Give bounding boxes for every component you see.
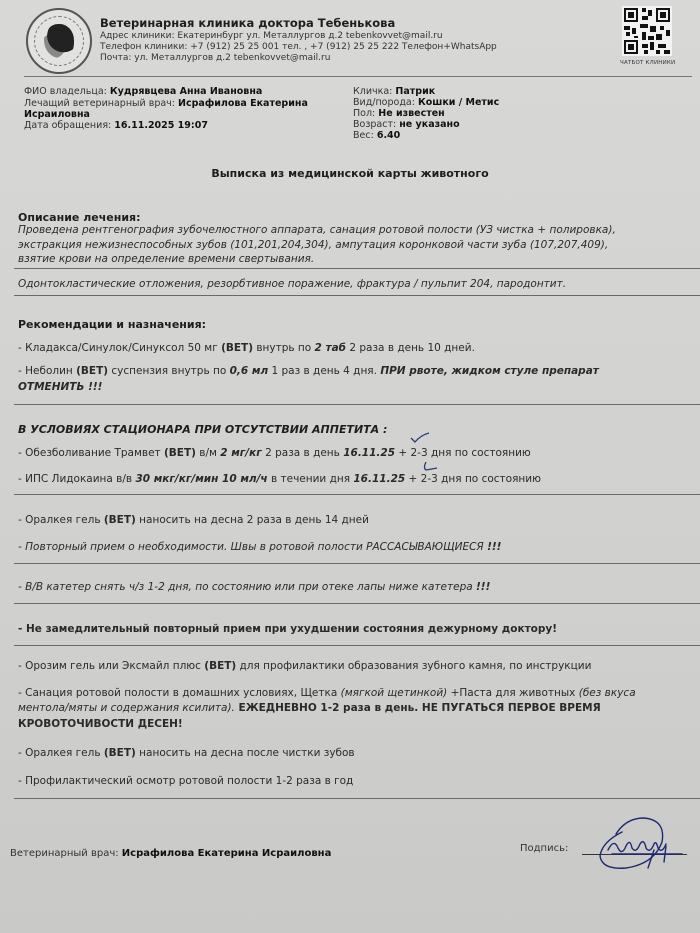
weight-row: Вес: 6.40	[353, 130, 400, 141]
vet-value: Исрафилова Екатерина Исраиловна	[122, 848, 332, 859]
age-value: не указано	[399, 119, 459, 130]
text-fragment: + 2-3 дня по состоянию	[395, 447, 531, 459]
vet-signoff: Ветеринарный врач: Исрафилова Екатерина …	[10, 848, 331, 859]
doctor-value: Исрафилова Екатерина	[178, 98, 308, 109]
text-fragment: 2 раза в день 10 дней.	[346, 342, 475, 354]
treatment-line-2: экстракция нежизнеспособных зубов (101,2…	[18, 238, 690, 253]
owner-label: ФИО владельца:	[24, 86, 107, 97]
text-fragment: ПРИ рвоте, жидком стуле препарат	[380, 365, 599, 377]
text-fragment: 2 мг/кг	[220, 447, 261, 459]
text-fragment: 2 раза в день	[262, 447, 343, 459]
text-fragment: - ИПС Лидокаина в/в	[18, 473, 135, 485]
text-fragment: (ВЕТ)	[104, 514, 136, 526]
qr-label: ЧАТБОТ КЛИНИКИ	[620, 60, 675, 66]
recommendation-1: - Кладакса/Синулок/Синуксол 50 мг (ВЕТ) …	[18, 341, 690, 356]
recommendation-10-cont2: КРОВОТОЧИВОСТИ ДЕСЕН!	[18, 717, 690, 732]
age-label: Возраст:	[353, 119, 396, 130]
handwritten-checkmark-icon	[409, 431, 431, 443]
text-fragment: + 2-3 дня по состоянию	[405, 473, 541, 485]
diagnosis: Одонтокластические отложения, резорбтивн…	[18, 277, 690, 292]
text-fragment: - Неболин	[18, 365, 76, 377]
divider	[14, 798, 700, 799]
text-fragment: 30 мкг/кг/мин 10 мл/ч	[135, 473, 267, 485]
clinic-name: Ветеринарная клиника доктора Тебенькова	[100, 16, 395, 30]
text-fragment: - Оралкея гель	[18, 747, 104, 759]
handwritten-signature-icon	[592, 812, 692, 874]
owner-row: ФИО владельца: Кудрявцева Анна Ивановна	[24, 86, 262, 97]
date-value: 16.11.2025 19:07	[114, 120, 208, 131]
text-fragment: (ВЕТ)	[204, 660, 236, 672]
pet-name-label: Кличка:	[353, 86, 392, 97]
hospital-heading: В УСЛОВИЯХ СТАЦИОНАРА ПРИ ОТСУТСТВИИ АПП…	[18, 423, 387, 436]
text-fragment: ОТМЕНИТЬ !!!	[18, 381, 102, 393]
divider	[14, 494, 700, 495]
recommendations-heading: Рекомендации и назначения:	[18, 318, 206, 331]
doctor-row: Лечащий ветеринарный врач: Исрафилова Ек…	[24, 98, 308, 109]
recommendation-11: - Оралкея гель (ВЕТ) наносить на десна п…	[18, 746, 690, 761]
text-fragment: КРОВОТОЧИВОСТИ ДЕСЕН!	[18, 718, 183, 730]
recommendation-8: - Не замедлительный повторный прием при …	[18, 622, 690, 637]
text-fragment: (ВЕТ)	[221, 342, 253, 354]
recommendation-2-cont: ОТМЕНИТЬ !!!	[18, 380, 690, 395]
text-fragment: - В/В катетер снять ч/з 1-2 дня, по сост…	[18, 581, 476, 593]
divider	[14, 295, 700, 296]
text-fragment: наносить на десна 2 раза в день 14 дней	[136, 514, 369, 526]
sex-row: Пол: Не известен	[353, 108, 445, 119]
vet-label: Ветеринарный врач:	[10, 848, 119, 859]
text-fragment: внутрь по	[253, 342, 315, 354]
divider	[14, 603, 700, 604]
text-fragment: - Орозим гель или Эксмайл плюс	[18, 660, 204, 672]
text-fragment: - Санация ротовой полости в домашних усл…	[18, 687, 341, 699]
recommendation-6: - Повторный прием о необходимости. Швы в…	[18, 540, 690, 555]
document-title: Выписка из медицинской карты животного	[0, 167, 700, 180]
recommendation-5: - Оралкея гель (ВЕТ) наносить на десна 2…	[18, 513, 690, 528]
text-fragment: 2 таб	[315, 342, 346, 354]
divider	[14, 404, 700, 405]
handwritten-checkmark-icon	[422, 460, 440, 472]
date-label: Дата обращения:	[24, 120, 111, 131]
text-fragment: ментола/мяты и содержания ксилита).	[18, 702, 235, 714]
text-fragment: !!!	[487, 541, 501, 553]
text-fragment: для профилактики образования зубного кам…	[236, 660, 591, 672]
text-fragment: !!!	[476, 581, 490, 593]
sex-value: Не известен	[378, 108, 444, 119]
text-fragment: в/м	[196, 447, 220, 459]
text-fragment: ЕЖЕДНЕВНО 1-2 раза в день. НЕ ПУГАТЬСЯ П…	[235, 702, 601, 714]
pet-name-value: Патрик	[395, 86, 435, 97]
text-fragment: - Кладакса/Синулок/Синуксол 50 мг	[18, 342, 221, 354]
recommendation-7: - В/В катетер снять ч/з 1-2 дня, по сост…	[18, 580, 690, 595]
text-fragment: +Паста для животных	[447, 687, 578, 699]
divider	[14, 563, 700, 564]
text-fragment: наносить на десна после чистки зубов	[136, 747, 355, 759]
text-fragment: 16.11.25	[343, 447, 395, 459]
weight-value: 6.40	[377, 130, 400, 141]
text-fragment: в течении дня	[268, 473, 354, 485]
text-fragment: - Обезболивание Трамвет	[18, 447, 164, 459]
qr-code-icon	[622, 6, 672, 56]
text-fragment: - Оралкея гель	[18, 514, 104, 526]
text-fragment: (ВЕТ)	[104, 747, 136, 759]
date-row: Дата обращения: 16.11.2025 19:07	[24, 120, 208, 131]
text-fragment: (ВЕТ)	[164, 447, 196, 459]
header-divider	[24, 76, 692, 77]
clinic-phone: Телефон клиники: +7 (912) 25 25 001 тел.…	[100, 42, 497, 52]
text-fragment: - Повторный прием о необходимости. Швы в…	[18, 541, 487, 553]
sex-label: Пол:	[353, 108, 375, 119]
species-label: Вид/порода:	[353, 97, 415, 108]
species-row: Вид/порода: Кошки / Метис	[353, 97, 499, 108]
text-fragment: (ВЕТ)	[76, 365, 108, 377]
species-value: Кошки / Метис	[418, 97, 499, 108]
text-fragment: 0,6 мл	[230, 365, 269, 377]
signature-label: Подпись:	[520, 843, 568, 854]
recommendation-10: - Санация ротовой полости в домашних усл…	[18, 686, 690, 701]
text-fragment: суспензия внутрь по	[108, 365, 230, 377]
divider	[14, 268, 700, 269]
text-fragment: 1 раз в день 4 дня.	[268, 365, 380, 377]
recommendation-12: - Профилактический осмотр ротовой полост…	[18, 774, 690, 789]
pet-name-row: Кличка: Патрик	[353, 86, 435, 97]
treatment-line-1: Проведена рентгенография зубочелюстного …	[18, 223, 690, 238]
text-fragment: (без вкуса	[579, 687, 636, 699]
divider	[14, 645, 700, 646]
doctor-label: Лечащий ветеринарный врач:	[24, 98, 175, 109]
text-fragment: 16.11.25	[353, 473, 405, 485]
recommendation-10-cont: ментола/мяты и содержания ксилита). ЕЖЕД…	[18, 701, 690, 716]
doctor-value-cont: Исраиловна	[24, 109, 90, 120]
age-row: Возраст: не указано	[353, 119, 460, 130]
recommendation-9: - Орозим гель или Эксмайл плюс (ВЕТ) для…	[18, 659, 690, 674]
recommendation-3: - Обезболивание Трамвет (ВЕТ) в/м 2 мг/к…	[18, 446, 690, 461]
clinic-logo-icon	[26, 8, 92, 74]
weight-label: Вес:	[353, 130, 374, 141]
recommendation-2: - Неболин (ВЕТ) суспензия внутрь по 0,6 …	[18, 364, 690, 379]
recommendation-4: - ИПС Лидокаина в/в 30 мкг/кг/мин 10 мл/…	[18, 472, 690, 487]
clinic-address: Адрес клиники: Екатеринбург ул. Металлур…	[100, 31, 443, 41]
text-fragment: (мягкой щетинкой)	[341, 687, 448, 699]
doctor-row-cont: Исраиловна	[24, 109, 90, 120]
owner-value: Кудрявцева Анна Ивановна	[110, 86, 262, 97]
treatment-line-3: взятие крови на определение времени свер…	[18, 252, 690, 267]
clinic-mail: Почта: ул. Металлургов д.2 tebenkovvet@m…	[100, 53, 330, 63]
